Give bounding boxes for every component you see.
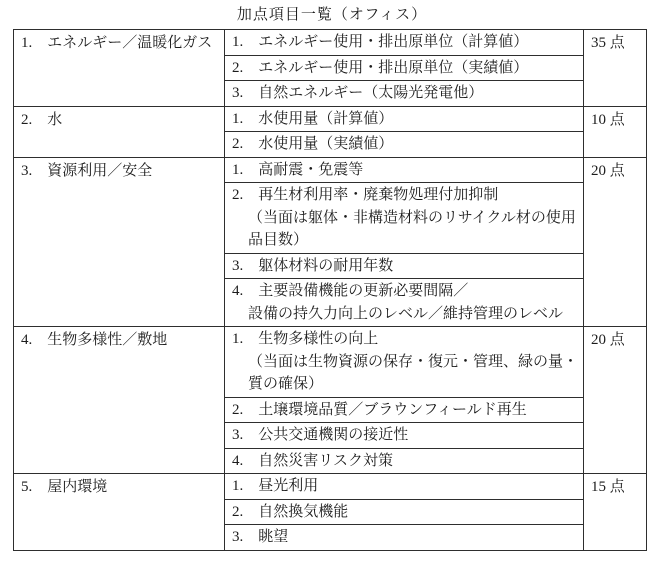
item-line: 4. 主要設備機能の更新必要間隔／ xyxy=(232,280,578,303)
category-label: 1. エネルギー／温暖化ガス xyxy=(21,31,219,55)
item-cell: 2. 再生材利用率・廃棄物処理付加抑制 （当面は躯体・非構造材料のリサイクル材の… xyxy=(225,183,584,254)
item-line: 3. 自然エネルギー（太陽光発電他） xyxy=(232,82,578,105)
item-line: 1. 水使用量（計算値） xyxy=(232,108,578,131)
category-cell: 4. 生物多様性／敷地 xyxy=(14,327,225,474)
category-cell: 5. 屋内環境 xyxy=(14,474,225,551)
category-label: 2. 水 xyxy=(21,108,219,132)
table-row: 4. 生物多様性／敷地 1. 生物多様性の向上 （当面は生物資源の保存・復元・管… xyxy=(14,327,647,398)
points-label: 20 点 xyxy=(591,328,641,352)
item-cell: 3. 眺望 xyxy=(225,525,584,551)
item-cell: 2. 土壌環境品質／ブラウンフィールド再生 xyxy=(225,397,584,423)
page: 加点項目一覧（オフィス） 1. エネルギー／温暖化ガス 1. エネルギー使用・排… xyxy=(0,0,664,565)
item-line: 品目数） xyxy=(232,229,578,252)
table-row: 1. エネルギー／温暖化ガス 1. エネルギー使用・排出原単位（計算値） 35 … xyxy=(14,30,647,56)
item-line: 設備の持久力向上のレベル／維持管理のレベル xyxy=(232,303,578,326)
category-cell: 1. エネルギー／温暖化ガス xyxy=(14,30,225,107)
table-row: 3. 資源利用／安全 1. 高耐震・免震等 20 点 xyxy=(14,157,647,183)
item-cell: 2. 自然換気機能 xyxy=(225,499,584,525)
category-label: 3. 資源利用／安全 xyxy=(21,159,219,183)
points-label: 20 点 xyxy=(591,159,641,183)
points-label: 15 点 xyxy=(591,475,641,499)
item-line: （当面は躯体・非構造材料のリサイクル材の使用 xyxy=(232,207,578,230)
item-line: 1. 高耐震・免震等 xyxy=(232,159,578,182)
category-label: 5. 屋内環境 xyxy=(21,475,219,499)
item-cell: 3. 自然エネルギー（太陽光発電他） xyxy=(225,81,584,107)
item-line: 3. 眺望 xyxy=(232,526,578,549)
item-cell: 1. 昼光利用 xyxy=(225,474,584,500)
table-row: 5. 屋内環境 1. 昼光利用 15 点 xyxy=(14,474,647,500)
item-cell: 3. 公共交通機関の接近性 xyxy=(225,423,584,449)
points-cell: 15 点 xyxy=(584,474,647,551)
item-cell: 2. 水使用量（実績値） xyxy=(225,132,584,158)
item-line: （当面は生物資源の保存・復元・管理、緑の量・ xyxy=(232,351,578,374)
item-line: 2. 土壌環境品質／ブラウンフィールド再生 xyxy=(232,399,578,422)
item-cell: 1. 高耐震・免震等 xyxy=(225,157,584,183)
category-label: 4. 生物多様性／敷地 xyxy=(21,328,219,352)
points-cell: 20 点 xyxy=(584,157,647,327)
points-label: 10 点 xyxy=(591,108,641,132)
item-cell: 1. 水使用量（計算値） xyxy=(225,106,584,132)
category-cell: 2. 水 xyxy=(14,106,225,157)
score-table: 1. エネルギー／温暖化ガス 1. エネルギー使用・排出原単位（計算値） 35 … xyxy=(13,29,647,551)
item-cell: 4. 自然災害リスク対策 xyxy=(225,448,584,474)
item-line: 2. 再生材利用率・廃棄物処理付加抑制 xyxy=(232,184,578,207)
item-line: 1. エネルギー使用・排出原単位（計算値） xyxy=(232,31,578,54)
item-line: 3. 公共交通機関の接近性 xyxy=(232,424,578,447)
item-line: 4. 自然災害リスク対策 xyxy=(232,450,578,473)
item-line: 1. 生物多様性の向上 xyxy=(232,328,578,351)
item-line: 3. 躯体材料の耐用年数 xyxy=(232,255,578,278)
item-line: 2. 水使用量（実績値） xyxy=(232,133,578,156)
points-cell: 20 点 xyxy=(584,327,647,474)
document-title: 加点項目一覧（オフィス） xyxy=(0,7,664,23)
item-line: 質の確保） xyxy=(232,373,578,396)
item-cell: 3. 躯体材料の耐用年数 xyxy=(225,253,584,279)
item-cell: 2. エネルギー使用・排出原単位（実績値） xyxy=(225,55,584,81)
points-label: 35 点 xyxy=(591,31,641,55)
item-cell: 1. エネルギー使用・排出原単位（計算値） xyxy=(225,30,584,56)
category-cell: 3. 資源利用／安全 xyxy=(14,157,225,327)
table-row: 2. 水 1. 水使用量（計算値） 10 点 xyxy=(14,106,647,132)
item-line: 2. 自然換気機能 xyxy=(232,501,578,524)
item-line: 2. エネルギー使用・排出原単位（実績値） xyxy=(232,57,578,80)
item-cell: 4. 主要設備機能の更新必要間隔／ 設備の持久力向上のレベル／維持管理のレベル xyxy=(225,279,584,327)
item-cell: 1. 生物多様性の向上 （当面は生物資源の保存・復元・管理、緑の量・ 質の確保） xyxy=(225,327,584,398)
points-cell: 10 点 xyxy=(584,106,647,157)
item-line: 1. 昼光利用 xyxy=(232,475,578,498)
points-cell: 35 点 xyxy=(584,30,647,107)
